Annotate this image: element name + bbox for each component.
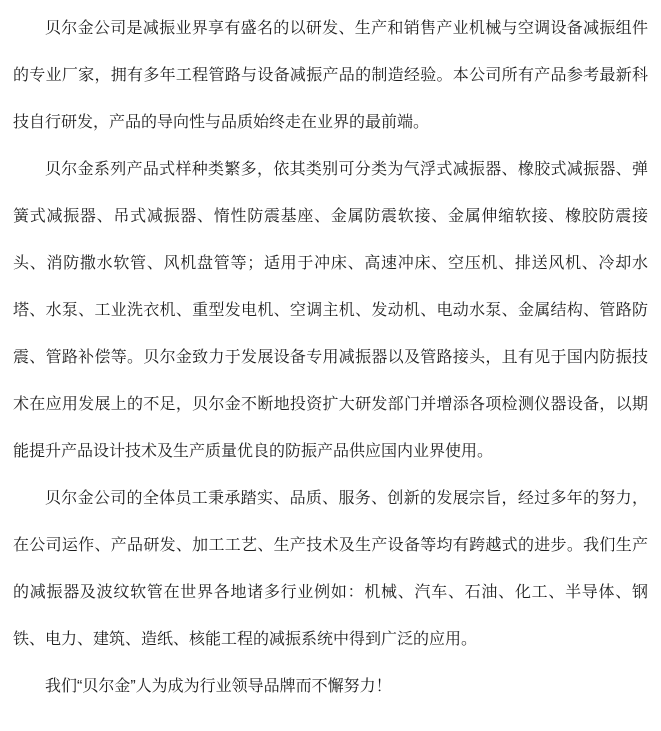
paragraph-slogan: 我们“贝尔金”人为成为行业领导品牌而不懈努力！	[13, 663, 648, 710]
document-page: 贝尔金公司是减振业界享有盛名的以研发、生产和销售产业机械与空调设备减振组件的专业…	[0, 0, 661, 731]
paragraph-company-values: 贝尔金公司的全体员工秉承踏实、品质、服务、创新的发展宗旨，经过多年的努力，在公司…	[13, 475, 648, 663]
paragraph-product-range: 贝尔金系列产品式样种类繁多，依其类别可分类为气浮式减振器、橡胶式减振器、弹簧式减…	[13, 146, 648, 475]
paragraph-company-intro: 贝尔金公司是减振业界享有盛名的以研发、生产和销售产业机械与空调设备减振组件的专业…	[13, 5, 648, 146]
